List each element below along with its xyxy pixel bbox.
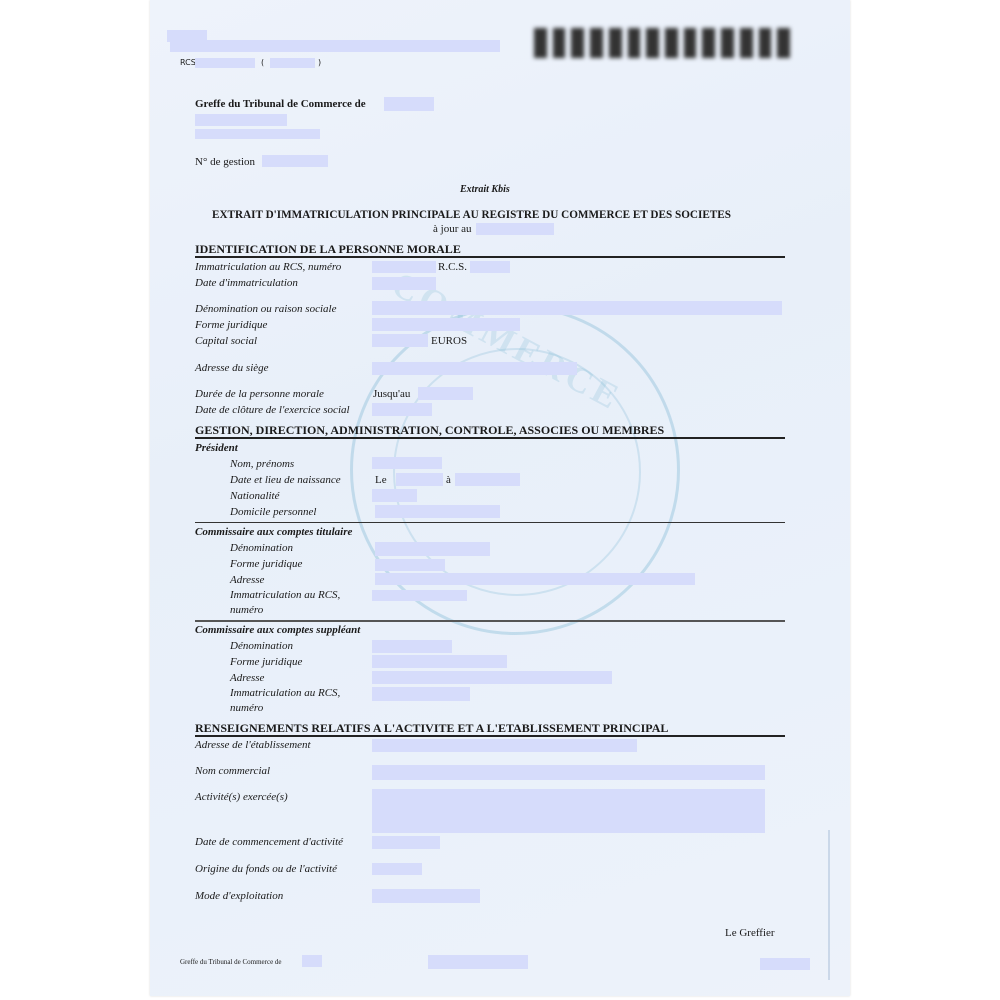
redacted-footer-city xyxy=(302,955,322,967)
field-value-rcs: R.C.S. xyxy=(438,261,467,273)
subsection-divider xyxy=(195,522,785,523)
redacted-greffe-address-1 xyxy=(195,114,287,126)
redacted-cac-rcs xyxy=(372,590,467,601)
redacted-adresse-etablissement xyxy=(372,739,637,752)
section-heading-activite: RENSEIGNEMENTS RELATIFS A L'ACTIVITE ET … xyxy=(195,721,668,736)
greffe-title: Greffe du Tribunal de Commerce de xyxy=(195,98,366,110)
section-heading-gestion: GESTION, DIRECTION, ADMINISTRATION, CONT… xyxy=(195,423,664,438)
redacted-greffe-city xyxy=(384,97,434,111)
field-label-date-commencement: Date de commencement d'activité xyxy=(195,836,343,848)
field-value-jusquau: Jusqu'au xyxy=(373,388,410,400)
date-prefix: à jour au xyxy=(433,223,471,235)
field-label-domicile: Domicile personnel xyxy=(230,506,316,518)
section-divider xyxy=(195,735,785,737)
redacted-denomination xyxy=(372,301,782,315)
section-divider xyxy=(195,256,785,258)
redacted-rcs-number xyxy=(195,58,255,68)
redacted-mode-exploitation xyxy=(372,889,480,903)
field-label-denomination: Dénomination xyxy=(230,640,293,652)
redacted-activites xyxy=(372,789,765,833)
field-label-forme-juridique: Forme juridique xyxy=(230,558,302,570)
cac-suppleant-heading: Commissaire aux comptes suppléant xyxy=(195,624,360,636)
field-value-euros: EUROS xyxy=(431,335,467,347)
field-label-nom-prenoms: Nom, prénoms xyxy=(230,458,294,470)
redacted-date-immatriculation xyxy=(372,277,436,290)
section-divider xyxy=(195,437,785,439)
redacted-cac-adresse xyxy=(375,573,695,585)
field-label-mode-exploitation: Mode d'exploitation xyxy=(195,890,283,902)
barcode-icon xyxy=(534,28,790,58)
field-label-duree: Durée de la personne morale xyxy=(195,388,324,400)
field-value-a: à xyxy=(446,474,451,486)
redacted-gestion-number xyxy=(262,155,328,167)
signature-le-greffier: Le Greffier xyxy=(725,927,775,939)
section-heading-identification: IDENTIFICATION DE LA PERSONNE MORALE xyxy=(195,242,461,257)
field-label-forme-juridique: Forme juridique xyxy=(195,319,267,331)
field-label-denomination: Dénomination xyxy=(230,542,293,554)
rcs-paren-close: ) xyxy=(318,58,321,67)
redacted-footer-right xyxy=(760,958,810,970)
field-label-immatriculation-rcs: Immatriculation au RCS, xyxy=(230,687,340,699)
page-edge-mark xyxy=(828,830,830,980)
redacted-duree xyxy=(418,387,473,400)
field-label-activites: Activité(s) exercée(s) xyxy=(195,791,288,803)
field-label-adresse: Adresse xyxy=(230,574,264,586)
redacted-date-commencement xyxy=(372,836,440,849)
redacted-capital xyxy=(372,334,428,347)
field-label-rcs-numero: Immatriculation au RCS, numéro xyxy=(195,261,341,273)
field-label-date-cloture: Date de clôture de l'exercice social xyxy=(195,404,350,416)
redacted-lieu-naissance xyxy=(455,473,520,486)
field-label-capital-social: Capital social xyxy=(195,335,257,347)
field-label-adresse-siege: Adresse du siège xyxy=(195,362,269,374)
field-label-origine-fonds: Origine du fonds ou de l'activité xyxy=(195,863,337,875)
field-label-numero: numéro xyxy=(230,702,263,714)
redacted-president-nom xyxy=(372,457,442,469)
footer-greffe-text: Greffe du Tribunal de Commerce de xyxy=(180,958,282,966)
redacted-domicile xyxy=(375,505,500,518)
redacted-date-cloture xyxy=(372,403,432,416)
redacted-date xyxy=(476,223,554,235)
redacted-date-naissance xyxy=(396,473,443,486)
redacted-forme-juridique xyxy=(372,318,520,331)
president-heading: Président xyxy=(195,442,238,454)
redacted-nom-commercial xyxy=(372,765,765,780)
gestion-label: N° de gestion xyxy=(195,156,255,168)
field-label-date-immatriculation: Date d'immatriculation xyxy=(195,277,298,289)
document-main-title: EXTRAIT D'IMMATRICULATION PRINCIPALE AU … xyxy=(212,209,731,221)
redacted-rcs-num xyxy=(372,261,436,273)
redacted-sup-forme xyxy=(372,655,507,668)
field-label-nationalite: Nationalité xyxy=(230,490,280,502)
rcs-label: RCS xyxy=(180,58,196,67)
field-label-numero: numéro xyxy=(230,604,263,616)
redacted-greffe-address-2 xyxy=(195,129,320,139)
field-value-le: Le xyxy=(375,474,387,486)
redacted-header-line-2 xyxy=(170,40,500,52)
redacted-nationalite xyxy=(372,489,417,502)
redacted-sup-rcs xyxy=(372,687,470,701)
redacted-rcs-city xyxy=(270,58,315,68)
field-label-forme-juridique: Forme juridique xyxy=(230,656,302,668)
field-label-adresse-etablissement: Adresse de l'établissement xyxy=(195,739,311,751)
redacted-cac-forme xyxy=(375,559,445,571)
redacted-cac-denomination xyxy=(375,542,490,556)
field-label-nom-commercial: Nom commercial xyxy=(195,765,270,777)
subsection-divider xyxy=(195,620,785,622)
field-label-immatriculation-rcs: Immatriculation au RCS, xyxy=(230,589,340,601)
redacted-adresse-siege xyxy=(372,362,577,375)
field-label-date-lieu-naissance: Date et lieu de naissance xyxy=(230,474,341,486)
extrait-kbis-subtitle: Extrait Kbis xyxy=(460,184,510,195)
rcs-paren-open: ( xyxy=(261,58,264,67)
kbis-document-page: COMMERCE RCS ( ) Greffe du Tribunal de C… xyxy=(150,0,850,996)
field-label-adresse: Adresse xyxy=(230,672,264,684)
redacted-origine-fonds xyxy=(372,863,422,875)
redacted-sup-adresse xyxy=(372,671,612,684)
redacted-sup-denomination xyxy=(372,640,452,653)
redacted-rcs-city-2 xyxy=(470,261,510,273)
field-label-denomination: Dénomination ou raison sociale xyxy=(195,303,336,315)
cac-titulaire-heading: Commissaire aux comptes titulaire xyxy=(195,526,352,538)
redacted-footer-middle xyxy=(428,955,528,969)
